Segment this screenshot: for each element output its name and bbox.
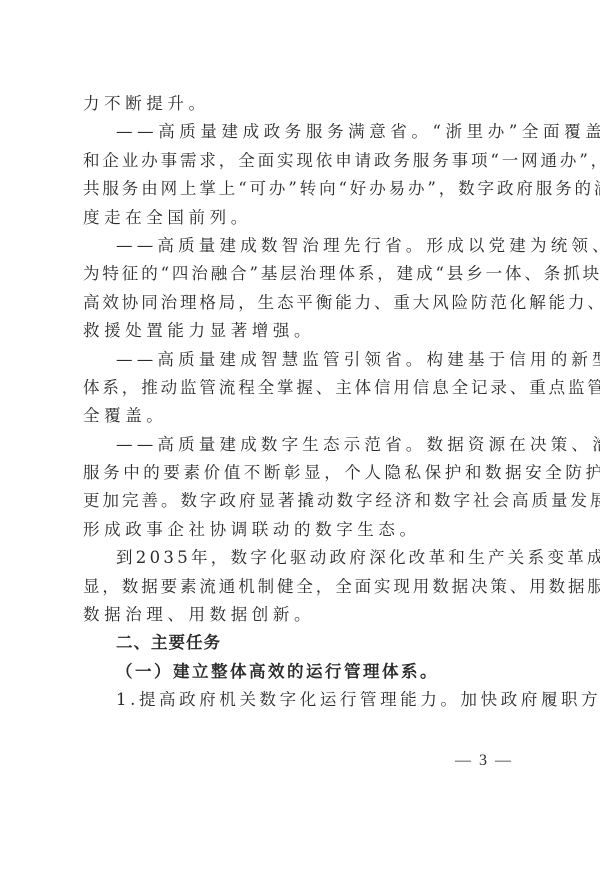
paragraph-line: 度走在全国前列。 [83,204,519,232]
paragraph-line: 全覆盖。 [83,402,519,430]
paragraph-line: ——高质量建成智慧监管引领省。构建基于信用的新型监管 [83,346,519,374]
paragraph-line: ——高质量建成数字生态示范省。数据资源在决策、治理和 [83,431,519,459]
paragraph-line: 和企业办事需求，全面实现依申请政务服务事项“一网通办”，公 [83,147,519,175]
paragraph-line: 力不断提升。 [83,90,519,118]
paragraph-line: 更加完善。数字政府显著撬动数字经济和数字社会高质量发展， [83,487,519,515]
paragraph-line: 体系，推动监管流程全掌握、主体信用信息全记录、重点监管领域 [83,374,519,402]
paragraph-line: 1.提高政府机关数字化运行管理能力。加快政府履职方式系 [83,686,519,714]
page-number: — 3 — [455,752,513,770]
paragraph-line: ——高质量建成政务服务满意省。“浙里办”全面覆盖群众 [83,118,519,146]
paragraph-line: 救援处置能力显著增强。 [83,317,519,345]
paragraph-line: 显，数据要素流通机制健全，全面实现用数据决策、用数据服务、用 [83,573,519,601]
paragraph-line: 为特征的“四治融合”基层治理体系，建成“县乡一体、条抓块统” [83,260,519,288]
paragraph-line: 数据治理、用数据创新。 [83,601,519,629]
subsection-heading: （一）建立整体高效的运行管理体系。 [83,658,519,686]
section-heading: 二、主要任务 [83,629,519,657]
paragraph-line: 服务中的要素价值不断彰显，个人隐私保护和数据安全防护体系 [83,459,519,487]
paragraph-line: 到2035年，数字化驱动政府深化改革和生产关系变革成效凸 [83,544,519,572]
paragraph-line: 共服务由网上掌上“可办”转向“好办易办”，数字政府服务的满意 [83,175,519,203]
paragraph-line: ——高质量建成数智治理先行省。形成以党建为统领、数智 [83,232,519,260]
paragraph-line: 形成政事企社协调联动的数字生态。 [83,516,519,544]
document-page: 力不断提升。 ——高质量建成政务服务满意省。“浙里办”全面覆盖群众 和企业办事需… [83,90,519,715]
paragraph-line: 高效协同治理格局，生态平衡能力、重大风险防范化解能力、应急 [83,289,519,317]
